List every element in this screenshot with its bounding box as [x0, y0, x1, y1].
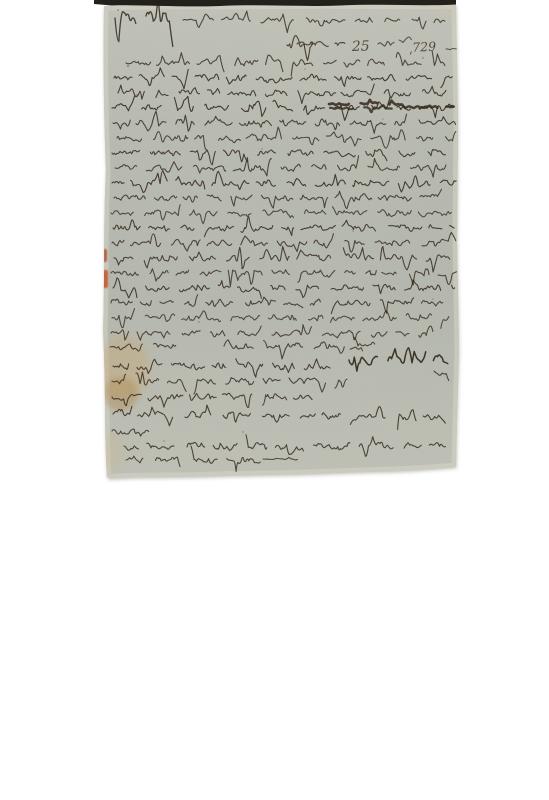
fox-spot	[422, 57, 424, 59]
manuscript-image: 25 ͵729	[0, 0, 549, 800]
fox-spot	[163, 440, 165, 442]
red-pigment-mark	[101, 270, 108, 288]
fox-spot	[352, 230, 354, 232]
tan-stain	[98, 432, 124, 472]
fox-spot	[382, 118, 384, 120]
date-year-numeral: ͵729	[408, 39, 436, 55]
date-day-numeral: 25	[351, 38, 370, 55]
fox-spot	[117, 9, 119, 11]
fox-spot	[432, 298, 434, 300]
red-pigment-mark	[100, 249, 107, 262]
scanned-letter-page: 25 ͵729	[0, 0, 549, 800]
fox-spot	[127, 65, 129, 67]
fox-spot	[242, 431, 244, 433]
tan-stain	[104, 377, 138, 411]
fox-spot	[198, 321, 200, 323]
fox-spot	[304, 68, 306, 70]
fox-spot	[261, 148, 263, 150]
